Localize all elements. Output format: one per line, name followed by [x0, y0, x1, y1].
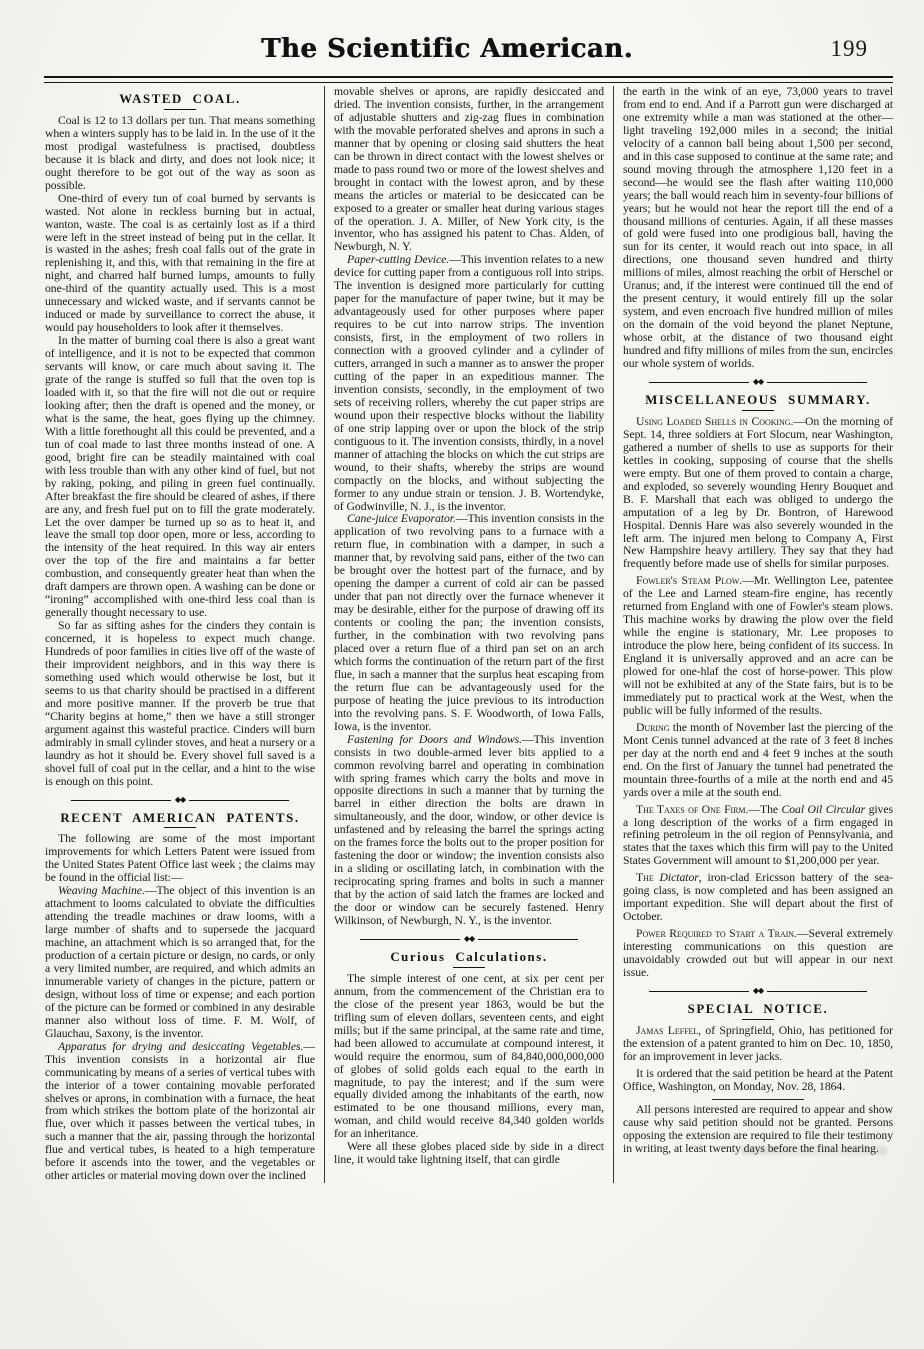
- text-run: The simple interest of one cent, at six …: [334, 972, 604, 1140]
- section-divider: ◆◆: [71, 796, 289, 805]
- paragraph: So far as sifting ashes for the cinders …: [45, 620, 315, 788]
- heading-rule: [164, 109, 196, 110]
- text-run: Were all these globes placed side by sid…: [334, 1140, 604, 1166]
- text-run: movable shelves or aprons, are rapidly d…: [334, 85, 604, 253]
- heading-rule: [742, 410, 774, 411]
- text-run: Cane-juice Evaporator.: [347, 512, 456, 525]
- paragraph: Using Loaded Shells in Cooking.—On the m…: [623, 416, 893, 571]
- section-divider: ◆◆: [649, 378, 867, 387]
- text-run: The Taxes of One Firm.: [636, 803, 748, 816]
- paragraph: Jamas Leffel, of Springfield, Ohio, has …: [623, 1025, 893, 1064]
- text-run: —The: [748, 803, 781, 816]
- text-run: Power Required to Start a Train.: [636, 927, 797, 940]
- divider-diamond-icon: ◆◆: [749, 987, 767, 995]
- text-run: —This invention relates to a new device …: [334, 253, 604, 512]
- section-divider: ◆◆: [649, 987, 867, 996]
- text-run: Dictator: [660, 871, 699, 884]
- paragraph: Cane-juice Evaporator.—This invention co…: [334, 513, 604, 733]
- column-3: the earth in the wink of an eye, 73,000 …: [613, 86, 893, 1183]
- text-run: The following are some of the most impor…: [45, 832, 315, 884]
- divider-diamond-icon: ◆◆: [460, 935, 478, 943]
- text-run: —This invention consists in two double-a…: [334, 733, 604, 927]
- article-heading: Curious Calculations.: [334, 951, 604, 964]
- paragraph: One-third of every tun of coal burned by…: [45, 193, 315, 335]
- heading-rule: [742, 1019, 774, 1020]
- text-run: Paper-cutting Device.: [347, 253, 449, 266]
- paragraph: Coal is 12 to 13 dollars per tun. That m…: [45, 115, 315, 193]
- text-run: —Mr. Wellington Lee, patentee of the Lee…: [623, 574, 893, 717]
- heading-rule: [164, 827, 196, 828]
- paragraph: Power Required to Start a Train.—Several…: [623, 928, 893, 980]
- paragraph: the earth in the wink of an eye, 73,000 …: [623, 86, 893, 371]
- article-heading: RECENT AMERICAN PATENTS.: [45, 812, 315, 825]
- article-heading: WASTED COAL.: [45, 93, 315, 106]
- article-heading: SPECIAL NOTICE.: [623, 1003, 893, 1016]
- paragraph: All persons interested are required to a…: [623, 1104, 893, 1156]
- text-run: —On the morning of Sept. 14, three soldi…: [623, 415, 893, 570]
- paragraph: movable shelves or aprons, are rapidly d…: [334, 86, 604, 254]
- text-run: Fowler's Steam Plow.: [636, 574, 742, 587]
- text-run: Fastening for Doors and Windows.: [347, 733, 522, 746]
- text-run: In the matter of burning coal there is a…: [45, 334, 315, 619]
- header-double-rule: [44, 76, 893, 83]
- column-2: movable shelves or aprons, are rapidly d…: [324, 86, 613, 1183]
- heading-rule: [453, 967, 485, 968]
- text-run: Apparatus for drying and desiccating Veg…: [58, 1040, 303, 1053]
- text-run: Using Loaded Shells in Cooking.: [636, 415, 793, 428]
- short-rule: [712, 1099, 804, 1100]
- paragraph: The Taxes of One Firm.—The Coal Oil Circ…: [623, 804, 893, 869]
- section-divider: ◆◆: [360, 935, 578, 944]
- text-run: It is ordered that the said petition be …: [623, 1067, 893, 1093]
- text-run: —This invention consists in a horizontal…: [45, 1040, 315, 1183]
- page-number: 199: [831, 36, 869, 62]
- divider-diamond-icon: ◆◆: [171, 796, 189, 804]
- text-run: All persons interested are required to a…: [623, 1103, 893, 1155]
- paragraph: It is ordered that the said petition be …: [623, 1068, 893, 1094]
- paragraph: During the month of November last the pi…: [623, 722, 893, 800]
- text-run: Jamas Leffel,: [636, 1024, 701, 1037]
- text-run: Coal Oil Circular: [781, 803, 865, 816]
- paragraph: Fastening for Doors and Windows.—This in…: [334, 734, 604, 928]
- text-run: During: [636, 721, 669, 734]
- paragraph: Were all these globes placed side by sid…: [334, 1141, 604, 1167]
- masthead-title: The Scientific American.: [261, 34, 633, 64]
- column-layout: WASTED COAL.Coal is 12 to 13 dollars per…: [45, 86, 893, 1183]
- text-run: the earth in the wink of an eye, 73,000 …: [623, 85, 893, 370]
- text-run: Weaving Machine.: [58, 884, 145, 897]
- column-1: WASTED COAL.Coal is 12 to 13 dollars per…: [45, 86, 324, 1183]
- text-run: The: [636, 871, 654, 884]
- divider-diamond-icon: ◆◆: [749, 378, 767, 386]
- article-heading: MISCELLANEOUS SUMMARY.: [623, 394, 893, 407]
- paragraph: The following are some of the most impor…: [45, 833, 315, 885]
- paragraph: In the matter of burning coal there is a…: [45, 335, 315, 620]
- paragraph: Fowler's Steam Plow.—Mr. Wellington Lee,…: [623, 575, 893, 717]
- paragraph: Apparatus for drying and desiccating Veg…: [45, 1041, 315, 1183]
- paragraph: Weaving Machine.—The object of this inve…: [45, 885, 315, 1040]
- text-run: One-third of every tun of coal burned by…: [45, 192, 315, 335]
- paragraph: Paper-cutting Device.—This invention rel…: [334, 254, 604, 513]
- paragraph: The Dictator, iron-clad Ericsson battery…: [623, 872, 893, 924]
- masthead: The Scientific American.: [45, 34, 893, 64]
- text-run: —The object of this invention is an atta…: [45, 884, 315, 1039]
- text-run: So far as sifting ashes for the cinders …: [45, 619, 315, 787]
- paragraph: The simple interest of one cent, at six …: [334, 973, 604, 1141]
- text-run: Coal is 12 to 13 dollars per tun. That m…: [45, 114, 315, 192]
- text-run: —This invention consists in the applicat…: [334, 512, 604, 732]
